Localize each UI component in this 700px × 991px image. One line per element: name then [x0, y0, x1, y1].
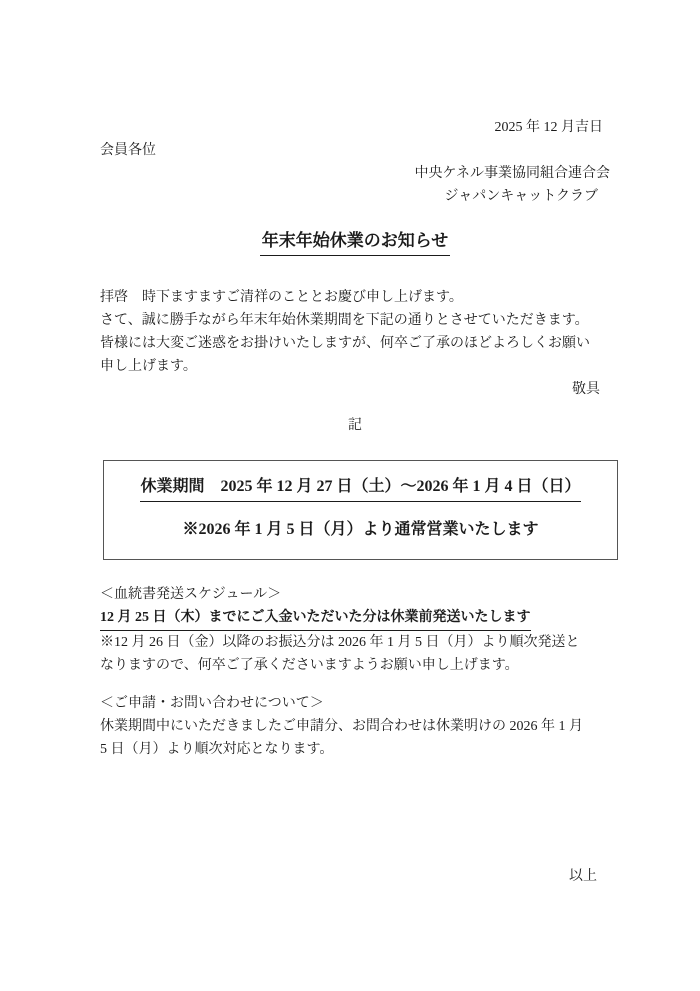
payment-deadline-line: 12 月 25 日（木）までにご入金いただいた分は休業前発送いたします — [100, 606, 531, 631]
inquiry-line-1: 休業期間中にいただきましたご申請分、お問合わせは休業明けの 2026 年 1 月 — [100, 715, 610, 738]
document-page: 2025 年 12 月吉日 会員各位 中央ケネル事業協同組合連合会 ジャパンキャ… — [0, 0, 700, 991]
sender-organization: 中央ケネル事業協同組合連合会 — [100, 162, 610, 185]
pedigree-shipping-section: ＜血統書発送スケジュール＞ 12 月 25 日（木）までにご入金いただいた分は休… — [100, 583, 610, 677]
end-marker: 以上 — [100, 865, 610, 888]
record-marker: 記 — [100, 414, 610, 437]
recipient: 会員各位 — [100, 139, 610, 162]
closing-keigu: 敬具 — [100, 378, 610, 401]
pedigree-note-line-1: ※12 月 26 日（金）以降のお振込分は 2026 年 1 月 5 日（月）よ… — [100, 631, 610, 654]
greeting-line-3: 皆様には大変ご迷惑をお掛けいたしますが、何卒ご了承のほどよろしくお願い — [100, 332, 610, 355]
inquiry-section-heading: ＜ご申請・お問い合わせについて＞ — [100, 692, 610, 715]
holiday-period-line-wrap: 休業期間 2025 年 12 月 27 日（土）～2026 年 1 月 4 日（… — [104, 474, 617, 502]
greeting-line-4: 申し上げます。 — [100, 355, 610, 378]
pedigree-section-heading: ＜血統書発送スケジュール＞ — [100, 583, 610, 606]
greeting-line-2: さて、誠に勝手ながら年末年始休業期間を下記の通りとさせていただきます。 — [100, 309, 610, 332]
greeting-line-1: 拝啓 時下ますますご清祥のこととお慶び申し上げます。 — [100, 286, 610, 309]
holiday-period-line: 休業期間 2025 年 12 月 27 日（土）～2026 年 1 月 4 日（… — [140, 474, 580, 502]
inquiry-section: ＜ご申請・お問い合わせについて＞ 休業期間中にいただきましたご申請分、お問合わせ… — [100, 692, 610, 761]
document-title: 年末年始休業のお知らせ — [100, 228, 610, 256]
document-title-text: 年末年始休業のお知らせ — [260, 228, 451, 256]
inquiry-line-2: 5 日（月）より順次対応となります。 — [100, 738, 610, 761]
holiday-period-box: 休業期間 2025 年 12 月 27 日（土）～2026 年 1 月 4 日（… — [103, 460, 618, 560]
greeting-paragraph: 拝啓 時下ますますご清祥のこととお慶び申し上げます。 さて、誠に勝手ながら年末年… — [100, 286, 610, 378]
reopen-line: ※2026 年 1 月 5 日（月）より通常営業いたします — [104, 517, 617, 543]
payment-deadline-line-wrap: 12 月 25 日（木）までにご入金いただいた分は休業前発送いたします — [100, 606, 610, 631]
sender-club: ジャパンキャットクラブ — [100, 185, 610, 208]
date-line: 2025 年 12 月吉日 — [100, 116, 610, 139]
pedigree-note-line-2: なりますので、何卒ご了承くださいますようお願い申し上げます。 — [100, 654, 610, 677]
